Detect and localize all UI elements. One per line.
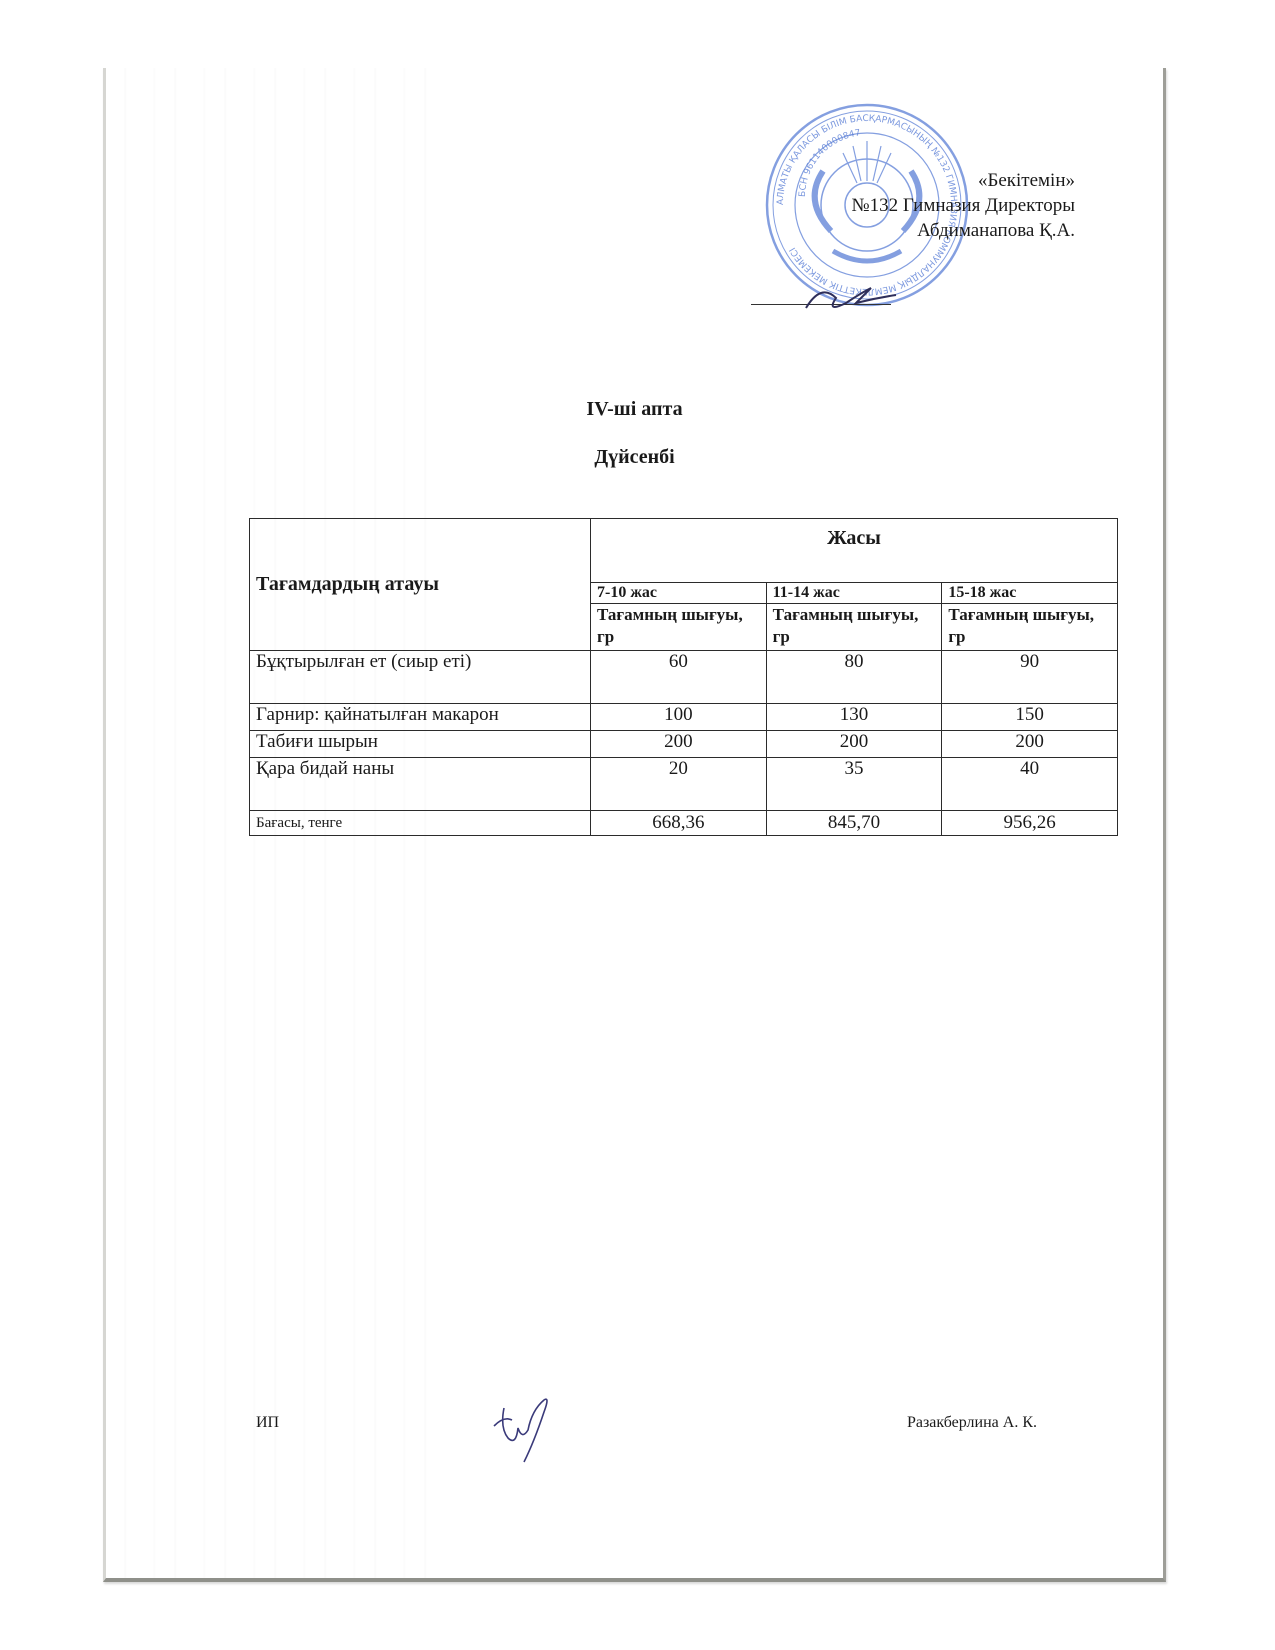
portion-value: 100: [591, 704, 767, 731]
scanned-page: АЛМАТЫ ҚАЛАСЫ БІЛІМ БАСҚАРМАСЫНЫҢ №132 Г…: [103, 68, 1166, 1582]
table-row: Гарнир: қайнатылған макарон 100 130 150: [250, 704, 1118, 731]
director-signature-icon: [796, 278, 906, 318]
price-row: Бағасы, тенге 668,36 845,70 956,26: [250, 811, 1118, 836]
output-header: Тағамның шығуы, гр: [591, 604, 767, 651]
age-group-7-10: 7-10 жас: [591, 583, 767, 604]
dish-name: Табиғи шырын: [250, 731, 591, 758]
table-row: Бұқтырылған ет (сиыр еті) 60 80 90: [250, 651, 1118, 704]
portion-value: 40: [942, 758, 1118, 811]
output-header: Тағамның шығуы, гр: [766, 604, 942, 651]
dish-name: Қара бидай наны: [250, 758, 591, 811]
price-label: Бағасы, тенге: [250, 811, 591, 836]
approval-position: №132 Гимназия Директоры: [852, 193, 1075, 218]
portion-value: 80: [766, 651, 942, 704]
portion-value: 200: [591, 731, 767, 758]
portion-value: 90: [942, 651, 1118, 704]
age-group-header: Жасы: [591, 519, 1118, 583]
portion-value: 200: [766, 731, 942, 758]
dish-name: Бұқтырылған ет (сиыр еті): [250, 651, 591, 704]
table-row: Қара бидай наны 20 35 40: [250, 758, 1118, 811]
portion-value: 200: [942, 731, 1118, 758]
day-title: Дүйсенбі: [106, 446, 1163, 469]
approval-label: «Бекітемін»: [852, 168, 1075, 193]
portion-value: 20: [591, 758, 767, 811]
approval-block: «Бекітемін» №132 Гимназия Директоры Абди…: [852, 168, 1075, 243]
portion-value: 60: [591, 651, 767, 704]
dish-name-header: Тағамдардың атауы: [250, 519, 591, 651]
entrepreneur-signature-icon: [486, 1388, 566, 1468]
output-header: Тағамның шығуы, гр: [942, 604, 1118, 651]
portion-value: 35: [766, 758, 942, 811]
portion-value: 150: [942, 704, 1118, 731]
dish-name: Гарнир: қайнатылған макарон: [250, 704, 591, 731]
menu-table: Тағамдардың атауы Жасы 7-10 жас 11-14 жа…: [249, 518, 1118, 836]
table-row: Табиғи шырын 200 200 200: [250, 731, 1118, 758]
approval-director-name: Абдиманапова Қ.А.: [852, 218, 1075, 243]
price-value: 668,36: [591, 811, 767, 836]
price-value: 956,26: [942, 811, 1118, 836]
week-title: IV-ші апта: [106, 398, 1163, 421]
footer-entrepreneur-label: ИП: [256, 1414, 279, 1432]
age-group-11-14: 11-14 жас: [766, 583, 942, 604]
price-value: 845,70: [766, 811, 942, 836]
footer-signatory-name: Разакберлина А. К.: [907, 1414, 1037, 1432]
portion-value: 130: [766, 704, 942, 731]
age-group-15-18: 15-18 жас: [942, 583, 1118, 604]
